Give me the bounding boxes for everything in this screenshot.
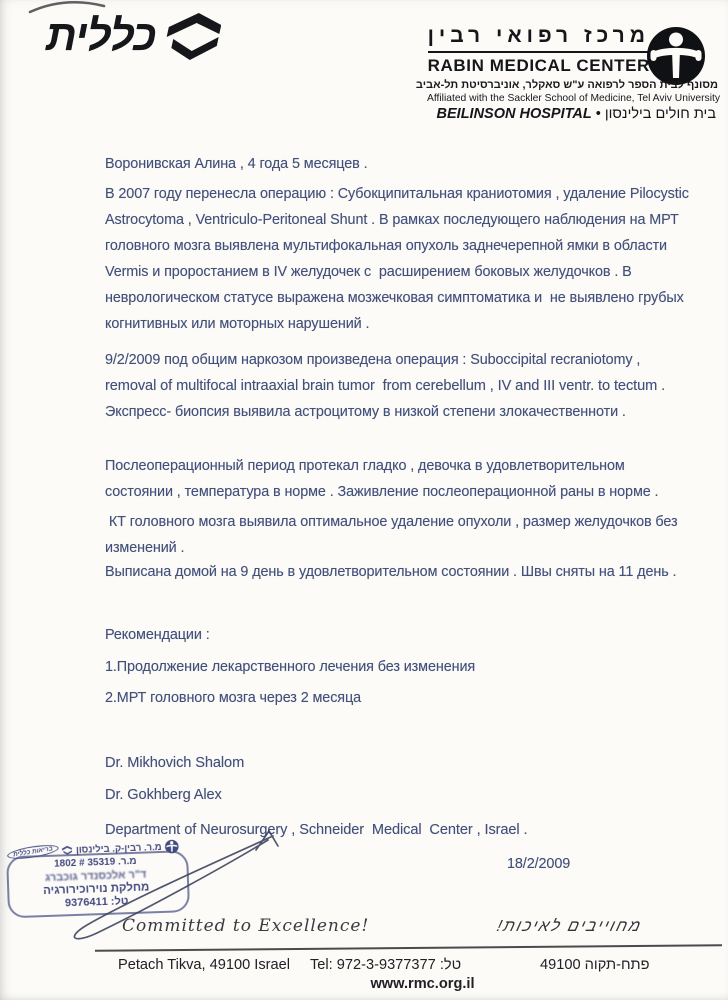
rmc-affiliation-hebrew: מסונף לבית הספר לרפואה ע"ש סאקלר, אוניבר… — [416, 79, 718, 91]
operation-line: removal of multifocal intraaxial brain t… — [105, 378, 665, 394]
footer-motto-hebrew: מחוייבים לאיכות! — [495, 918, 644, 936]
operation-line: Экспресс- биопсия выявила астроцитому в … — [105, 404, 626, 420]
postop-line: состоянии , температура в норме . Заживл… — [105, 484, 658, 500]
history-line: головного мозга выявлена мультифокальная… — [105, 238, 667, 254]
footer-motto-english: Committed to Excellence! — [122, 916, 369, 936]
clalit-symbol-icon — [163, 12, 221, 60]
footer-address-english: Petach Tikva, 49100 Israel — [118, 957, 290, 973]
rmc-person-in-circle-icon — [646, 26, 706, 86]
footer-address-hebrew: פתח-תקוה 49100 — [540, 957, 650, 973]
history-line: В 2007 году перенесла операцию : Субокци… — [105, 186, 689, 202]
rmc-hospital-english: BEILINSON HOSPITAL — [437, 106, 592, 122]
patient-name-line: Воронивская Алина , 4 года 5 месяцев . — [105, 156, 368, 172]
clalit-logo-text: כללית — [46, 15, 156, 58]
rmc-hospital-line: BEILINSON HOSPITAL • בית חולים בילינסון — [437, 106, 716, 122]
ct-line: КТ головного мозга выявила оптимальное у… — [105, 514, 678, 530]
history-line: неврологическом статусе выражена мозжечк… — [105, 290, 684, 306]
recommendation-item: 1.Продолжение лекарственного лечения без… — [105, 659, 475, 675]
scanned-medical-letter: כללית מרכז רפואי רבין RABIN MEDICAL CENT… — [0, 0, 728, 1000]
rmc-affiliation-english: Affiliated with the Sackler School of Me… — [427, 93, 720, 104]
rmc-hospital-separator: • — [592, 106, 605, 122]
footer-website: www.rmc.org.il — [310, 976, 535, 992]
recommendations-title: Рекомендации : — [105, 627, 210, 643]
operation-line: 9/2/2009 под общим наркозом произведена … — [105, 352, 640, 368]
history-line: Astrocytoma , Ventriculo-Peritoneal Shun… — [105, 212, 679, 228]
history-line: Vermis и проростанием в IV желудочек с р… — [105, 264, 632, 280]
rmc-title-english: RABIN MEDICAL CENTER — [428, 56, 650, 76]
history-line: когнитивных или моторных нарушений . — [105, 316, 369, 332]
postop-line: Послеоперационный период протекал гладко… — [105, 458, 625, 474]
discharge-line: Выписана домой на 9 день в удовлетворите… — [105, 564, 676, 580]
rmc-hospital-hebrew: בית חולים בילינסון — [605, 106, 716, 122]
footer-telephone: Tel: 972-3-9377377 :טל — [310, 957, 461, 973]
clalit-logo: כללית — [46, 12, 221, 60]
doctor-signature: Dr. Mikhovich Shalom — [105, 755, 244, 771]
recommendation-item: 2.МРТ головного мозга через 2 месяца — [105, 690, 361, 706]
doctor-signature: Dr. Gokhberg Alex — [105, 787, 222, 803]
rmc-title-hebrew: מרכז רפואי רבין — [428, 24, 650, 53]
letter-date: 18/2/2009 — [507, 856, 570, 872]
rmc-header-title-block: מרכז רפואי רבין RABIN MEDICAL CENTER — [428, 24, 650, 76]
ct-line: изменений . — [105, 540, 184, 556]
